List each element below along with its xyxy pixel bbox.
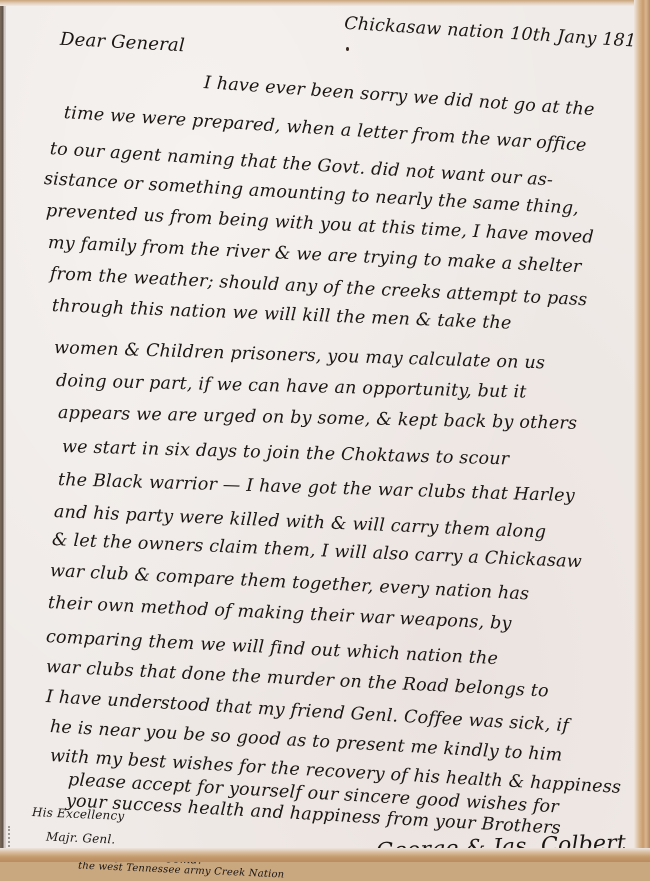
addressee-line: Majr. Genl.	[46, 829, 116, 846]
letter-body-line: we start in six days to join the Choktaw…	[62, 437, 510, 469]
letter-salutation: Dear General	[60, 29, 186, 57]
ink-spot	[346, 47, 349, 51]
frame-top-edge	[0, 0, 650, 6]
frame-bottom-edge	[0, 848, 650, 862]
letter-body-line: the Black warrior — I have got the war c…	[58, 470, 575, 506]
edge-pencil-mark	[8, 826, 16, 850]
letter-body-line: I have ever been sorry we did not go at …	[203, 73, 595, 120]
letter-body-line: appears we are urged on by some, & kept …	[58, 403, 578, 434]
letter-dateline: Chickasaw nation 10th Jany 1813	[344, 14, 648, 53]
letter-body-line: women & Children prisoners, you may calc…	[54, 338, 546, 373]
frame-right-edge	[634, 0, 650, 862]
letter-body-line: doing our part, if we can have an opport…	[56, 371, 527, 402]
letter-paper: Dear General Chickasaw nation 10th Jany …	[6, 5, 634, 850]
addressee-line: His Excellency	[32, 805, 125, 823]
document-frame: Dear General Chickasaw nation 10th Jany …	[0, 0, 650, 862]
